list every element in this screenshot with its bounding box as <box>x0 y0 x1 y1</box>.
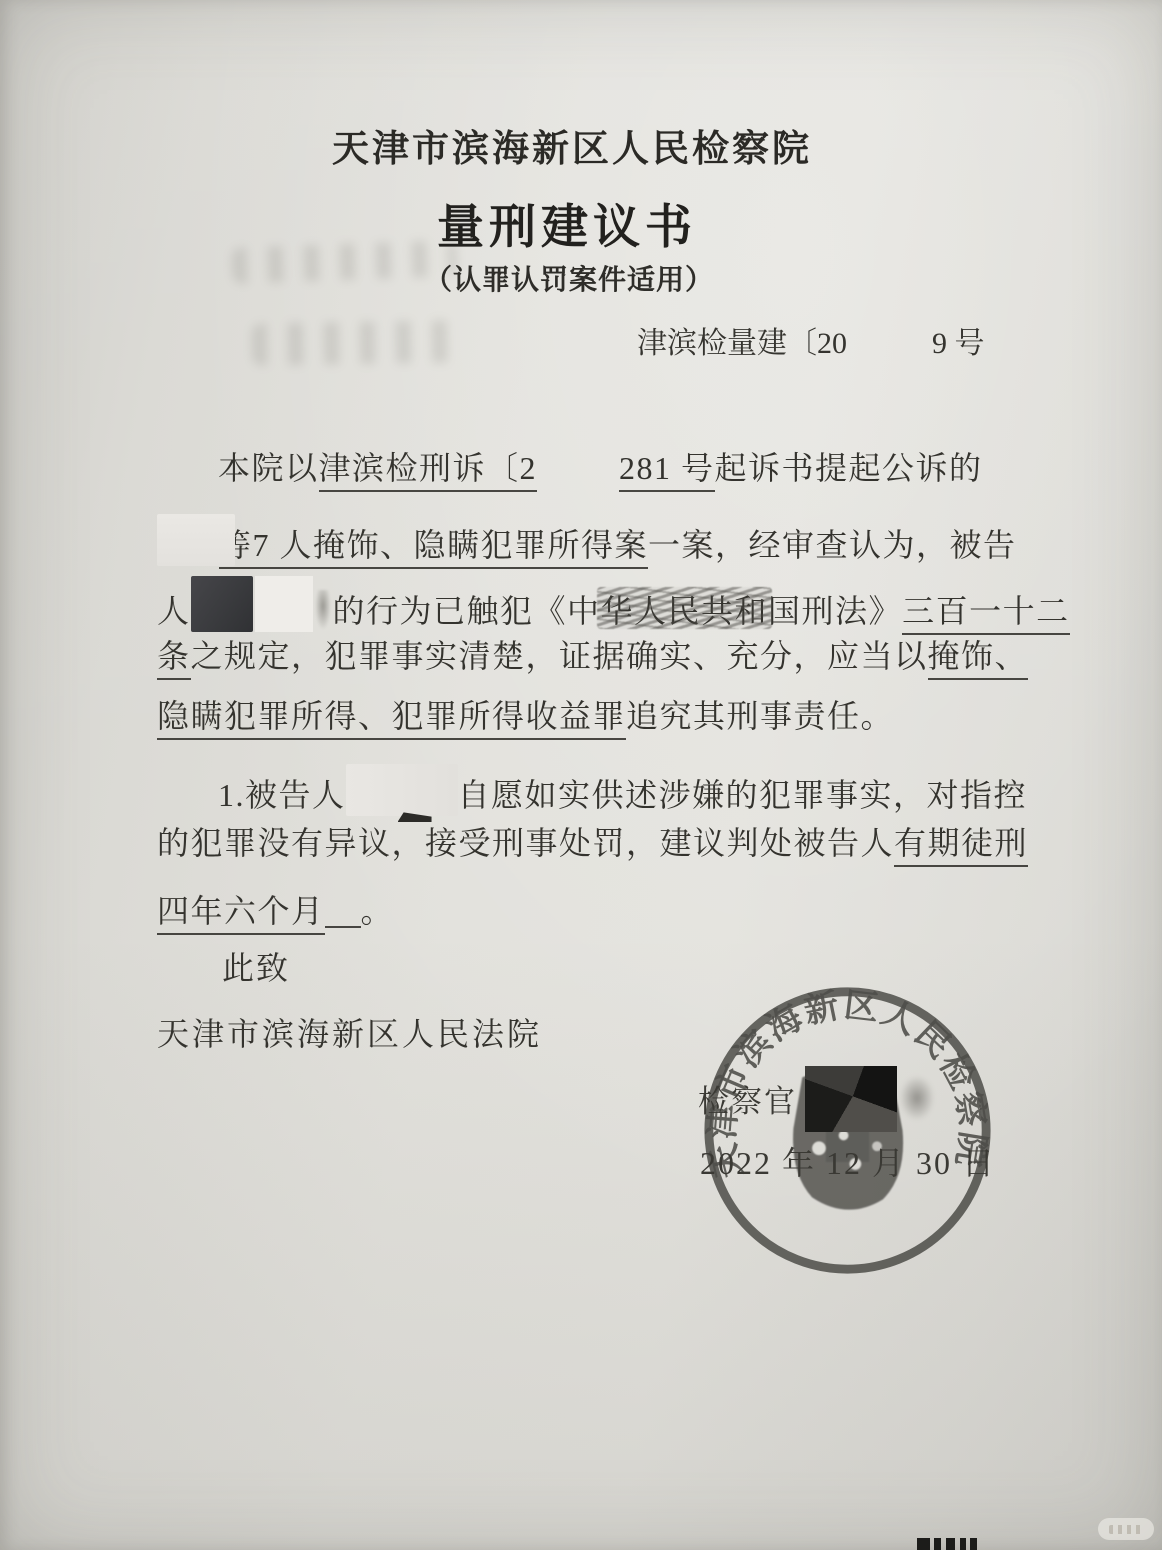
document-number-suffix: 9 号 <box>932 318 985 362</box>
text-run: 的犯罪没有异议，接受刑事处罚，建议判处被告人 <box>157 825 894 861</box>
document-number-prefix: 津滨检量建〔20 <box>637 318 847 362</box>
document-title: 量刑建议书 <box>437 190 697 257</box>
body-line-8: 四年六个月。 <box>157 890 394 928</box>
ink-smudge <box>315 590 331 630</box>
pixelated-name-redaction <box>805 1066 897 1132</box>
document-number: 津滨检量建〔20 9 号 <box>637 318 985 362</box>
charge-name-underlined: 掩饰、 <box>928 638 1029 680</box>
text-run: 的行为已触犯《中 <box>333 593 601 629</box>
redaction-block-light <box>157 514 235 566</box>
case-name-underlined: 等7 人掩饰、隐瞒犯罪所得案 <box>219 527 648 569</box>
partial-name-smudge <box>900 1076 934 1120</box>
underlined-blank <box>325 890 361 928</box>
text-run: 国刑法》 <box>768 593 902 629</box>
text-run: 一案，经审查认为，被告 <box>648 527 1017 563</box>
text-run: 追究其刑事责任。 <box>626 698 894 734</box>
body-line-4: 条之规定，犯罪事实清楚，证据确实、充分，应当以掩饰、 <box>157 640 1028 672</box>
body-line-2: 等7 人掩饰、隐瞒犯罪所得案一案，经审查认为，被告 <box>157 514 1017 566</box>
body-line-7: 的犯罪没有异议，接受刑事处罚，建议判处被告人有期徒刑 <box>157 827 1028 859</box>
charge-name-underlined: 隐瞒犯罪所得、犯罪所得收益罪 <box>157 698 626 740</box>
text-run: 之规定，犯罪事实清楚，证据确实、充分，应当以 <box>191 638 928 674</box>
redaction-block-white <box>255 576 313 632</box>
issuer-name: 天津市滨海新区人民检察院 <box>332 118 812 172</box>
scanned-document-page: 天津市滨海新区人民检察院 量刑建议书 （认罪认罚案件适用） 津滨检量建〔20 9… <box>0 0 1162 1550</box>
text-run: 起诉书提起公诉的 <box>715 450 983 486</box>
case-ref-underlined: 津滨检刑诉〔2 <box>319 450 538 492</box>
text-run: 人 <box>157 593 191 629</box>
body-line-1: 本院以津滨检刑诉〔2281 号起诉书提起公诉的 <box>218 452 983 484</box>
document-date: 2022 年 12 月 30 日 <box>700 1138 996 1184</box>
redaction-block-dark <box>191 576 253 632</box>
ink-wedge-mark <box>398 810 432 822</box>
law-article-underlined: 三百一十二 <box>902 593 1070 635</box>
text-run: 本院以 <box>218 450 319 486</box>
qr-code-partial <box>917 1538 977 1550</box>
watermark-glyphs <box>1109 1525 1143 1534</box>
body-line-5: 隐瞒犯罪所得、犯罪所得收益罪追究其刑事责任。 <box>157 700 894 732</box>
addressee-court: 天津市滨海新区人民法院 <box>157 1018 542 1050</box>
prosecutor-role-label: 检察官 <box>698 1076 797 1121</box>
text-run: 1.被告人 <box>218 777 346 813</box>
text-run: 。 <box>361 893 395 929</box>
scribbled-out-text: 华人民共和 <box>601 595 769 627</box>
sentence-term-underlined: 有期徒刑 <box>894 825 1028 867</box>
sentence-term-underlined: 四年六个月 <box>157 893 325 935</box>
body-line-3: 人的行为已触犯《中华人民共和国刑法》三百一十二 <box>157 576 1070 632</box>
bleedthrough-ghost-text-2 <box>252 320 458 366</box>
body-line-6: 1.被告人自愿如实供述涉嫌的犯罪事实，对指控 <box>218 764 1027 816</box>
text-run: 自愿如实供述涉嫌的犯罪事实，对指控 <box>458 777 1028 813</box>
redaction-block-light <box>346 764 458 816</box>
case-ref-number-underlined: 281 号 <box>619 450 715 492</box>
law-article-underlined: 条 <box>157 638 191 680</box>
closing-phrase: 此致 <box>222 952 290 984</box>
document-subtitle: （认罪认罚案件适用） <box>424 258 714 298</box>
watermark-pill <box>1098 1518 1154 1540</box>
text-run: 7 人掩饰、隐瞒犯罪所得案 <box>253 527 649 563</box>
